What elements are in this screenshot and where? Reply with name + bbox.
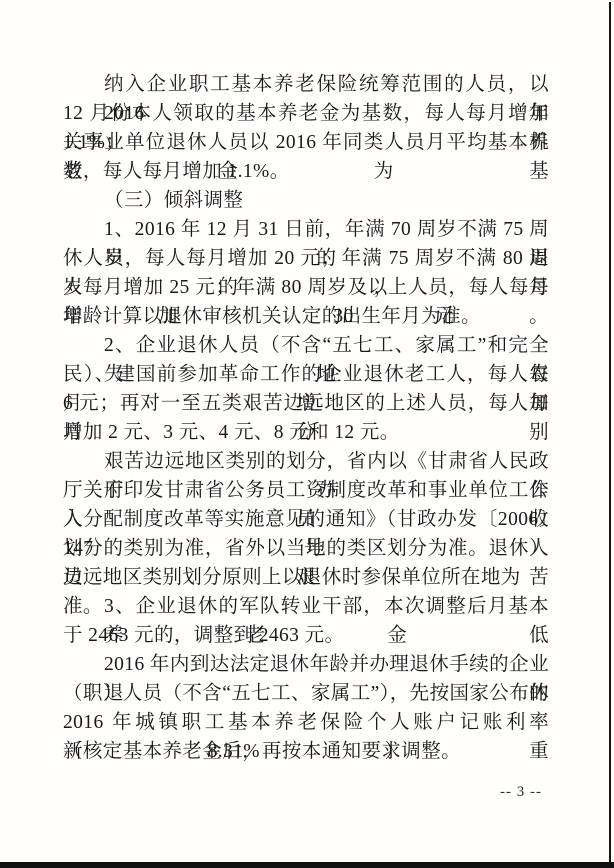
text-line: 边远地区类别划分原则上以退休时参保单位所在地为准。 — [63, 563, 549, 592]
scan-edge-right-line — [609, 2, 611, 868]
text-line: 6 元；再对一至五类艰苦边远地区的上述人员，每人每月分别 — [63, 389, 549, 418]
text-line: 休人员，每人每月增加 20 元；年满 75 周岁不满 80 周岁的，每 — [63, 244, 549, 273]
text-line: 2、企业退休人员（不含“五七工、家属工”和完全失地农 — [63, 331, 549, 360]
text-line: 厅关于印发甘肃省公务员工资制度改革和事业单位工作人员收 — [63, 476, 549, 505]
section-heading: （三）倾斜调整 — [63, 186, 549, 215]
text-line: 12 月份本人领取的基本养老金为基数，每人每月增加 1.1%；机 — [63, 99, 549, 128]
text-line: 入分配制度改革等实施意见的通知》（甘政办发〔2006〕147 号） — [63, 505, 549, 534]
text-line: 1、2016 年 12 月 31 日前，年满 70 周岁不满 75 周岁的退 — [63, 215, 549, 244]
scanned-document-page: 纳入企业职工基本养老保险统筹范围的人员，以 2016 年 12 月份本人领取的基… — [0, 0, 614, 868]
text-line: 艰苦边远地区类别的划分，省内以《甘肃省人民政府办公 — [63, 447, 549, 476]
text-line: 纳入企业职工基本养老保险统筹范围的人员，以 2016 年 — [63, 70, 549, 99]
text-line: 关事业单位退休人员以 2016 年同类人员月平均基本养老金为基 — [63, 128, 549, 157]
document-body: 纳入企业职工基本养老保险统筹范围的人员，以 2016 年 12 月份本人领取的基… — [63, 70, 549, 766]
text-line: 民）、建国前参加革命工作的企业退休老工人，每人每月增加 — [63, 360, 549, 389]
page-number: -- 3 -- — [486, 784, 556, 801]
text-line: 划分的类别为准，省外以当地的类区划分为准。退休人员艰苦 — [63, 534, 549, 563]
scan-edge-bottom-bar — [0, 862, 614, 868]
text-line: （职）人员（不含“五七工、家属工”），先按国家公布的 — [63, 679, 549, 708]
text-line: 2016 年城镇职工基本养老保险个人账户记账利率（8.31%）重 — [63, 708, 549, 737]
text-line: 3、企业退休的军队转业干部，本次调整后月基本养老金低 — [63, 592, 549, 621]
text-line: 年龄计算以退休审核机关认定的出生年月为准。 — [63, 302, 549, 331]
text-line: 人每月增加 25 元；年满 80 周岁及以上人员，每人每月增加 30 元。 — [63, 273, 549, 302]
text-line: 2016 年内到达法定退休年龄并办理退休手续的企业退休 — [63, 650, 549, 679]
